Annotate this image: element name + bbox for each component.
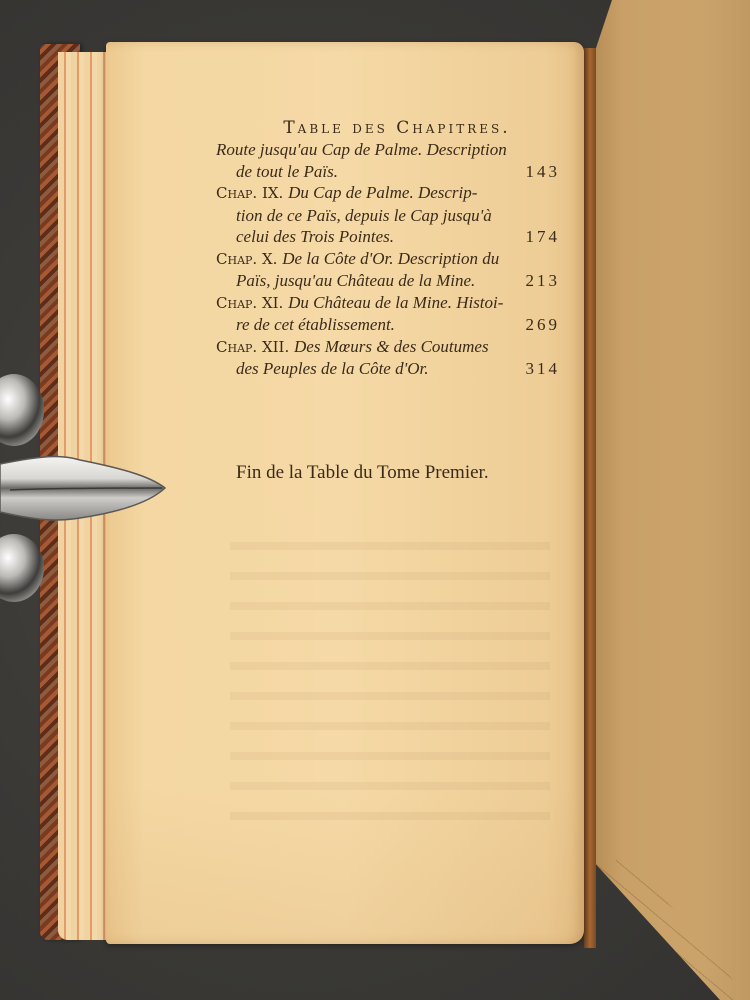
fleur-de-lis-icon [0, 372, 170, 604]
entry-text: De la Côte d'Or. Description du [282, 249, 499, 268]
entry-text: des Peuples de la Côte d'Or. [236, 358, 429, 380]
entry-text: Du Château de la Mine. Histoi- [288, 293, 503, 312]
toc-title: Table des Chapitres. [216, 118, 560, 138]
closing-line: Fin de la Table du Tome Premier. [236, 462, 556, 484]
chapter-label: Chap. IX. [216, 184, 283, 202]
page-number: 314 [526, 358, 561, 380]
toc-entry: Route jusqu'au Cap de Palme. Description… [216, 139, 560, 182]
book-gutter [584, 48, 596, 948]
entry-text: Route jusqu'au Cap de Palme. Description [216, 139, 507, 161]
entry-text: tion de ce Païs, depuis le Cap jusqu'à [236, 205, 492, 227]
entry-text: celui des Trois Pointes. [236, 226, 394, 248]
chapter-label: Chap. XI. [216, 294, 283, 312]
entry-text: de tout le Païs. [236, 161, 338, 183]
chapter-label: Chap. XII. [216, 338, 289, 356]
entry-text: re de cet établissement. [236, 314, 395, 336]
toc-entry: Chap. XII. Des Mœurs & des Coutumes des … [216, 336, 560, 380]
show-through-text [230, 520, 550, 820]
toc-entry: Chap. X. De la Côte d'Or. Description du… [216, 248, 560, 292]
page-number: 213 [526, 270, 561, 292]
page-number: 143 [526, 161, 561, 183]
entry-text: Païs, jusqu'au Château de la Mine. [236, 270, 475, 292]
right-page [592, 0, 750, 1000]
entry-text: Du Cap de Palme. Descrip- [288, 183, 477, 202]
chapter-label: Chap. X. [216, 250, 277, 268]
page-number: 174 [526, 226, 561, 248]
page-number: 269 [526, 314, 561, 336]
table-of-contents: Table des Chapitres. Route jusqu'au Cap … [216, 118, 560, 380]
toc-entry: Chap. XI. Du Château de la Mine. Histoi-… [216, 292, 560, 336]
entry-text: Des Mœurs & des Coutumes [294, 337, 489, 356]
toc-entry: Chap. IX. Du Cap de Palme. Descrip- tion… [216, 182, 560, 248]
